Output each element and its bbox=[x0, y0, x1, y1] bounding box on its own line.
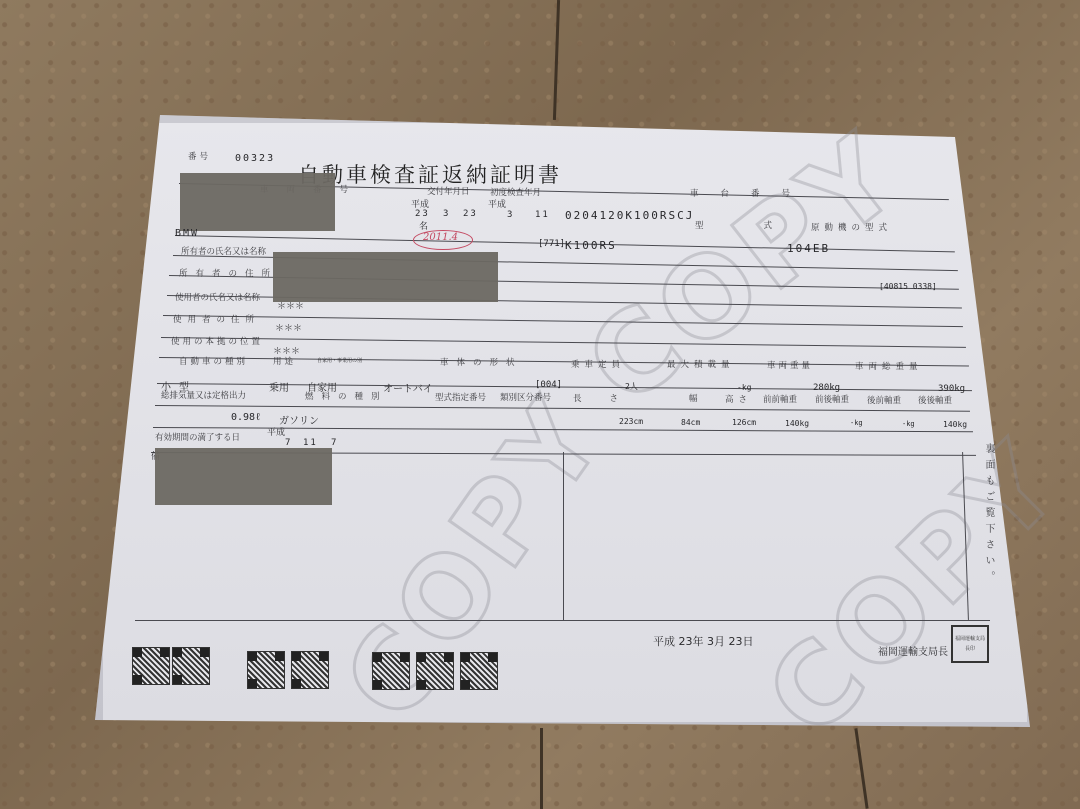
fr-axle: -kg bbox=[850, 419, 863, 427]
label-width: 幅 bbox=[689, 392, 701, 404]
label-issue-date: 交付年月日 bbox=[427, 185, 470, 197]
handwritten-note: 2011.4 bbox=[423, 232, 458, 243]
label-body-shape: 車体の形状 bbox=[440, 356, 523, 368]
expiry-era: 平成 bbox=[267, 425, 285, 438]
engine-model: 104EB bbox=[787, 242, 830, 255]
qr-code bbox=[133, 648, 169, 684]
rr-axle: 140kg bbox=[943, 420, 967, 429]
label-rf-axle: 後前軸重 bbox=[867, 394, 901, 406]
side-note: 裏面もご覧下さい。 bbox=[981, 443, 996, 587]
label-expiry: 有効期間の満了する日 bbox=[155, 431, 240, 443]
qr-code bbox=[417, 653, 453, 689]
label-weight: 車両重量 bbox=[767, 359, 813, 371]
length: 223cm bbox=[619, 417, 643, 426]
displacement: 0.98ℓ bbox=[231, 412, 261, 424]
expiry-day: 7 bbox=[331, 438, 338, 448]
label-user-address: 使用者の住所 bbox=[173, 313, 260, 325]
seal-text: 福岡運輸支局長印 bbox=[953, 634, 987, 654]
label-gross-weight: 車両総重量 bbox=[855, 360, 923, 372]
label-length: 長さ bbox=[573, 392, 646, 404]
label-base-location: 使用の本拠の位置 bbox=[171, 335, 263, 347]
first-reg-era: 平成 bbox=[488, 197, 506, 210]
label-fuel: 燃料の種別 bbox=[305, 390, 388, 402]
body-code: [004] bbox=[535, 380, 562, 390]
serial-number: 00323 bbox=[235, 153, 275, 164]
label-owner-address: 所有者の住所 bbox=[179, 267, 278, 279]
label-rr-axle: 後後軸重 bbox=[918, 394, 952, 406]
label-category-number: 類別区分番号 bbox=[500, 391, 551, 403]
label-private-business: 自家用・事業用の別 bbox=[317, 357, 362, 364]
width: 84cm bbox=[681, 418, 700, 427]
chassis-number: 0204120K100RSCJ bbox=[565, 209, 694, 222]
qr-code bbox=[292, 652, 328, 688]
expiry-year: 7 bbox=[285, 438, 292, 448]
label-vehicle-class: 自動車の種別 bbox=[179, 355, 248, 367]
vehicle-make: BMW bbox=[175, 228, 199, 239]
issuer-name: 福岡運輸支局長 bbox=[878, 643, 948, 658]
redacted-owner-info bbox=[273, 252, 498, 302]
capacity: 2人 bbox=[625, 381, 638, 392]
qr-code bbox=[248, 652, 284, 688]
official-seal: 福岡運輸支局長印 bbox=[951, 625, 989, 663]
issue-date-month: 3 bbox=[443, 209, 450, 219]
label-engine-model: 原動機の型式 bbox=[811, 221, 892, 233]
redacted-remarks bbox=[155, 448, 332, 505]
label-type-approval: 型式指定番号 bbox=[435, 391, 486, 403]
label-owner-name: 所有者の氏名又は名称 bbox=[181, 245, 266, 257]
certificate-document: COPY COPY COPY 番号 00323 自動車検査証返納証明書 車両番号… bbox=[95, 115, 1035, 730]
ground-crack bbox=[854, 728, 868, 809]
label-chassis-number: 車台番号 bbox=[690, 187, 812, 199]
label-ff-axle: 前前軸重 bbox=[763, 393, 797, 405]
reference-code: [40815 0338] bbox=[879, 282, 937, 291]
rf-axle: -kg bbox=[902, 420, 915, 428]
ground-crack bbox=[553, 0, 560, 120]
label-fr-axle: 前後軸重 bbox=[815, 393, 849, 405]
serial-label: 番号 bbox=[188, 150, 211, 162]
max-load: -kg bbox=[737, 383, 751, 392]
label-capacity: 乗車定員 bbox=[571, 358, 625, 370]
footer-date: 平成 23年 3月 23日 bbox=[653, 633, 753, 649]
qr-code bbox=[461, 653, 497, 689]
make-label: 名 bbox=[419, 219, 428, 232]
label-usage: 用途 bbox=[273, 355, 296, 367]
model-code: [771] bbox=[538, 239, 565, 249]
vehicle-weight: 280kg bbox=[813, 383, 840, 393]
label-displacement: 総排気量又は定格出力 bbox=[161, 389, 246, 401]
usage: 乗用 bbox=[269, 379, 289, 394]
height: 126cm bbox=[732, 418, 756, 427]
user-name-value: ＊＊＊ bbox=[277, 299, 304, 312]
qr-code bbox=[373, 653, 409, 689]
expiry-month: 11 bbox=[303, 438, 318, 448]
user-address-value: ＊＊＊ bbox=[275, 321, 302, 334]
first-reg-year: 3 bbox=[507, 210, 514, 220]
qr-code bbox=[173, 648, 209, 684]
gross-weight: 390kg bbox=[938, 384, 965, 394]
ff-axle: 140kg bbox=[785, 419, 809, 428]
label-max-load: 最大積載量 bbox=[667, 358, 735, 370]
body-shape: オートバイ bbox=[383, 380, 433, 395]
first-reg-month: 11 bbox=[535, 210, 550, 220]
redacted-registration-number bbox=[180, 173, 335, 231]
ground-crack bbox=[540, 728, 543, 809]
issue-date-day: 23 bbox=[463, 209, 478, 219]
label-user-name: 使用者の氏名又は名称 bbox=[175, 291, 260, 303]
issue-date-year: 23 bbox=[415, 209, 430, 219]
vehicle-model: K100RS bbox=[565, 239, 617, 252]
label-height: 高さ bbox=[725, 393, 752, 405]
